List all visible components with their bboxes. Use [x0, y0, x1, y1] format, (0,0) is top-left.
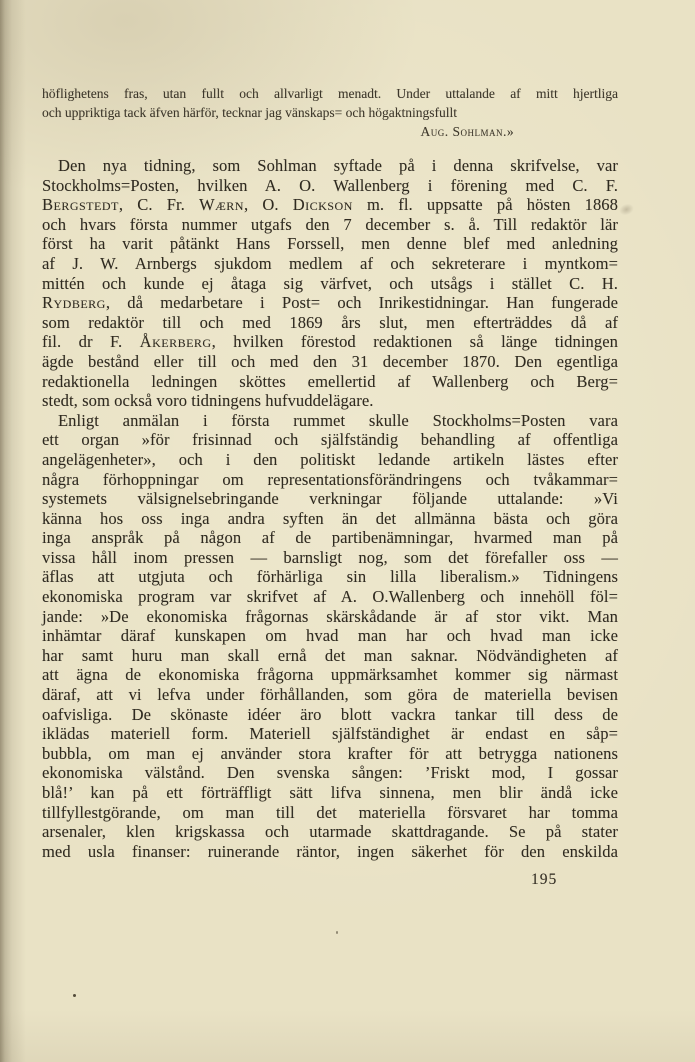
- text-line: systemets välsignelsebringande verkninga…: [42, 489, 618, 509]
- text-line: Stockholms=Posten, hvilken A. O. Wallenb…: [42, 176, 618, 196]
- text-line: vissa håll inom pressen — barnsligt nog,…: [42, 548, 618, 568]
- text-line: blå!’ kan på ett förträffligt sätt lifva…: [42, 783, 618, 803]
- letter-excerpt-line: höflighetens fras, utan fullt och allvar…: [42, 84, 618, 103]
- paper-smudge: [618, 202, 636, 217]
- text-line: har samt huru man skall ernå det man sak…: [42, 646, 618, 666]
- text-line: ägde bestånd eller till och med den 31 d…: [42, 352, 618, 372]
- small-caps-name: Åkerberg: [140, 332, 212, 351]
- book-page: höflighetens fras, utan fullt och allvar…: [0, 0, 695, 1062]
- small-caps-name: Bergstedt: [42, 195, 119, 214]
- text-line: stedt, som också voro tidningens hufvudd…: [42, 391, 618, 411]
- text-line: med usla finanser: ruinerande räntor, in…: [42, 842, 618, 862]
- text-line: redaktionella ledningen sköttes emellert…: [42, 372, 618, 392]
- text-line: inhämtar däraf kunskapen om hvad man har…: [42, 626, 618, 646]
- paper-speck: [73, 994, 76, 997]
- text-line: ett organ »för frisinnad och själfständi…: [42, 430, 618, 450]
- text-line: oafvisliga. De skönaste idéer äro blott …: [42, 705, 618, 725]
- page-number: 195: [531, 871, 557, 889]
- text-line: däraf, att vi lefva under förhållanden, …: [42, 685, 618, 705]
- text-line: ekonomiska välstånd. Den svenska sången:…: [42, 763, 618, 783]
- body-text: Den nya tidning, som Sohlman syftade på …: [42, 156, 618, 861]
- text-line: fil. dr F. Åkerberg, hvilken förestod re…: [42, 332, 618, 352]
- text-line: och hvars första nummer utgafs den 7 dec…: [42, 215, 618, 235]
- text-line: att ägna de ekonomiska frågorna uppmärks…: [42, 665, 618, 685]
- small-caps-name: Wærn: [199, 195, 244, 214]
- text-line: några förhoppningar om representationsfö…: [42, 470, 618, 490]
- text-line: af J. W. Arnbergs sjukdom medlem af och …: [42, 254, 618, 274]
- letter-excerpt-line: och uppriktiga tack äfven härför, teckna…: [42, 103, 618, 122]
- text-line: Enligt anmälan i första rummet skulle St…: [42, 411, 618, 431]
- text-line: angelägenheter», och i den politiskt led…: [42, 450, 618, 470]
- letter-excerpt: höflighetens fras, utan fullt och allvar…: [42, 84, 618, 141]
- text-line: som redaktör till och med 1869 års slut,…: [42, 313, 618, 333]
- text-line: ekonomiska program var skrifvet af A. O.…: [42, 587, 618, 607]
- text-line: Bergstedt, C. Fr. Wærn, O. Dickson m. fl…: [42, 195, 618, 215]
- text-line: äflas att utgjuta och förhärliga sin lil…: [42, 567, 618, 587]
- text-line: bubbla, om man ej använder stora krafter…: [42, 744, 618, 764]
- small-caps-name: Rydberg: [42, 293, 106, 312]
- text-line: iklädas materiell form. Materiell själfs…: [42, 724, 618, 744]
- text-line: först ha varit påtänkt Hans Forssell, me…: [42, 234, 618, 254]
- page-gutter-shadow: [0, 0, 26, 1062]
- paragraph: Den nya tidning, som Sohlman syftade på …: [42, 156, 618, 411]
- text-line: känna hos oss inga andra syften än det a…: [42, 509, 618, 529]
- text-line: Rydberg, då medarbetare i Post= och Inri…: [42, 293, 618, 313]
- text-line: jande: »De ekonomiska frågornas skärskåd…: [42, 607, 618, 627]
- text-line: inga anspråk på någon af de partibenämni…: [42, 528, 618, 548]
- text-line: tillfyllestgörande, om man till det mate…: [42, 803, 618, 823]
- text-line: Den nya tidning, som Sohlman syftade på …: [42, 156, 618, 176]
- text-line: arsenaler, klen krigskassa och utarmade …: [42, 822, 618, 842]
- text-line: mittén och kunde ej åtaga sig värfvet, o…: [42, 274, 618, 294]
- small-caps-name: Aug. Sohlman.: [420, 124, 506, 139]
- paragraph: Enligt anmälan i första rummet skulle St…: [42, 411, 618, 862]
- text-block: höflighetens fras, utan fullt och allvar…: [42, 84, 618, 861]
- letter-signature: Aug. Sohlman.»: [42, 122, 618, 141]
- small-caps-name: Dickson: [293, 195, 353, 214]
- letter-excerpt-lines: höflighetens fras, utan fullt och allvar…: [42, 84, 618, 122]
- paper-speck: [336, 931, 338, 934]
